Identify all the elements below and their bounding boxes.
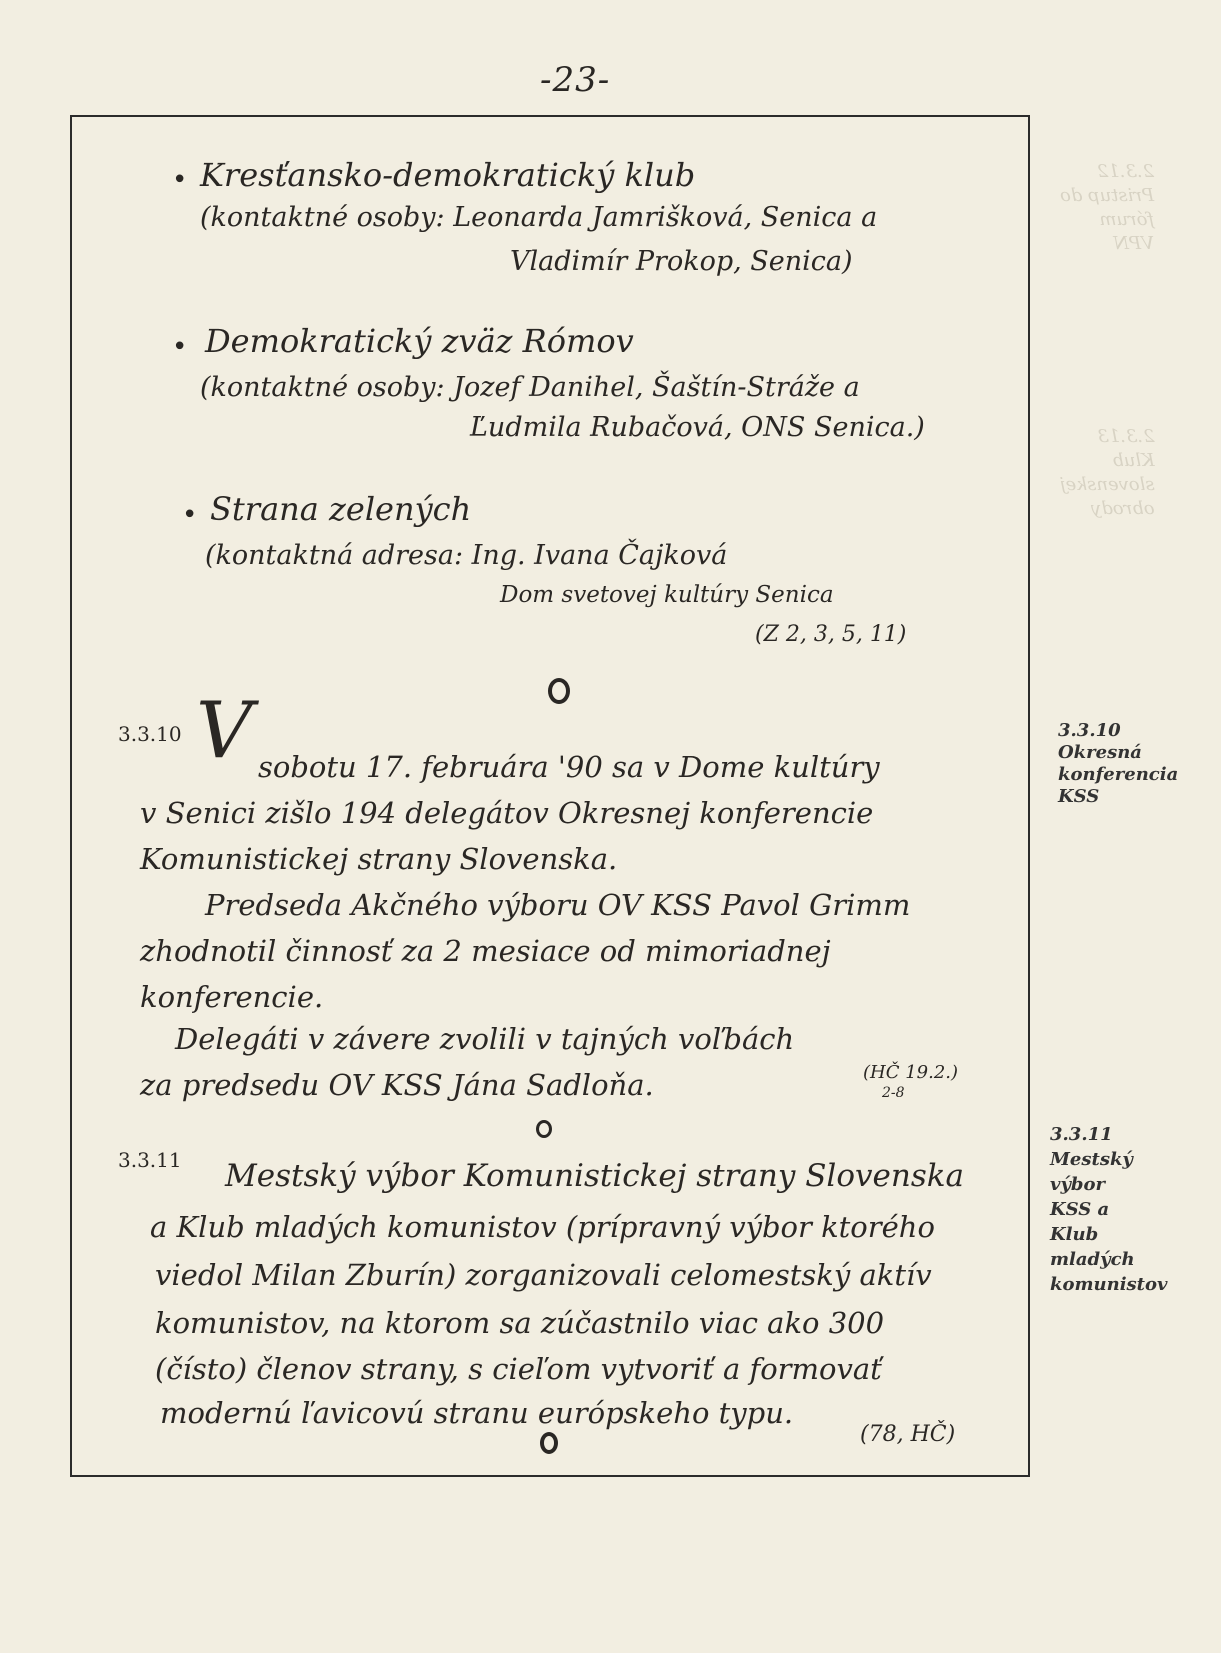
- org-contact-line: Dom svetovej kultúry Senica: [500, 582, 834, 608]
- margin-note-3-3-11: 3.3.11 Mestský výbor KSS a Klub mladých …: [1050, 1122, 1167, 1297]
- org-contact-line: Ľudmila Rubačová, ONS Senica.): [470, 412, 925, 443]
- text-line: v Senici zišlo 194 delegátov Okresnej ko…: [140, 796, 873, 830]
- org-contact-line: (kontaktné osoby: Jozef Danihel, Šaštín-…: [200, 372, 860, 403]
- text-line: sobotu 17. februára '90 sa v Dome kultúr…: [258, 750, 880, 784]
- source-reference: (78, HČ): [860, 1422, 955, 1447]
- org-name: Kresťansko-demokratický klub: [200, 156, 695, 194]
- bleed-through-line: Pristup do: [1060, 184, 1154, 208]
- page-number: -23-: [540, 60, 610, 100]
- source-reference: (Z 2, 3, 5, 11): [755, 622, 906, 647]
- text-line: zhodnotil činnosť za 2 mesiace od mimori…: [140, 934, 831, 968]
- source-reference-pages: 2-8: [882, 1085, 905, 1101]
- bleed-through-line: fórum: [1060, 208, 1154, 232]
- bleed-through-line: Klub: [1060, 449, 1155, 473]
- org-name: Strana zelených: [210, 490, 471, 528]
- separator-circle-icon: [540, 1432, 558, 1454]
- margin-note-line: KSS a: [1050, 1197, 1167, 1222]
- dropcap: V: [196, 696, 252, 766]
- bleed-through-line: obrody: [1060, 497, 1155, 521]
- margin-note-3-3-10: 3.3.10 Okresná konferencia KSS: [1058, 720, 1178, 808]
- margin-note-line: Mestský: [1050, 1147, 1167, 1172]
- text-line: konferencie.: [140, 980, 323, 1014]
- text-line: za predsedu OV KSS Jána Sadloňa.: [140, 1068, 654, 1102]
- margin-note-line: Okresná: [1058, 742, 1178, 764]
- margin-note-line: konferencia: [1058, 764, 1178, 786]
- separator-circle-icon: [548, 678, 570, 704]
- text-line: a Klub mladých komunistov (prípravný výb…: [150, 1210, 935, 1244]
- bleed-through-line: slovenskej: [1060, 473, 1155, 497]
- bleed-through-line: 2.3.12: [1060, 160, 1154, 184]
- text-line: Delegáti v závere zvolili v tajných voľb…: [175, 1022, 794, 1056]
- text-line: Komunistickej strany Slovenska.: [140, 842, 617, 876]
- margin-note-line: Klub: [1050, 1222, 1167, 1247]
- margin-note-line: 3.3.11: [1050, 1122, 1167, 1147]
- separator-circle-icon: [536, 1120, 552, 1138]
- margin-note-line: KSS: [1058, 786, 1178, 808]
- section-number: 3.3.11: [118, 1148, 182, 1172]
- margin-note-line: 3.3.10: [1058, 720, 1178, 742]
- source-reference: (HČ 19.2.): [863, 1062, 958, 1083]
- org-contact-line: Vladimír Prokop, Senica): [510, 246, 853, 277]
- text-line: viedol Milan Zburín) zorganizovali celom…: [155, 1258, 932, 1292]
- text-line: komunistov, na ktorom sa zúčastnilo viac…: [155, 1306, 884, 1340]
- bullet-icon: •: [182, 500, 197, 530]
- bullet-icon: •: [172, 332, 187, 362]
- section-number: 3.3.10: [118, 722, 182, 746]
- bleed-through-note: 2.3.13 Klub slovenskej obrody: [1060, 425, 1155, 521]
- bullet-icon: •: [172, 165, 187, 195]
- text-line: (čísto) členov strany, s cieľom vytvoriť…: [155, 1352, 882, 1386]
- margin-note-line: výbor: [1050, 1172, 1167, 1197]
- text-line: modernú ľavicovú stranu európskeho typu.: [160, 1396, 793, 1430]
- bleed-through-note: 2.3.12 Pristup do fórum VPN: [1060, 160, 1154, 256]
- bleed-through-line: 2.3.13: [1060, 425, 1155, 449]
- org-name: Demokratický zväz Rómov: [205, 322, 634, 360]
- text-line: Predseda Akčného výboru OV KSS Pavol Gri…: [205, 888, 910, 922]
- bleed-through-line: VPN: [1060, 232, 1154, 256]
- margin-note-line: mladých: [1050, 1247, 1167, 1272]
- org-contact-line: (kontaktné osoby: Leonarda Jamrišková, S…: [200, 202, 877, 233]
- margin-note-line: komunistov: [1050, 1272, 1167, 1297]
- org-contact-line: (kontaktná adresa: Ing. Ivana Čajková: [205, 540, 727, 571]
- text-line: Mestský výbor Komunistickej strany Slove…: [225, 1158, 964, 1194]
